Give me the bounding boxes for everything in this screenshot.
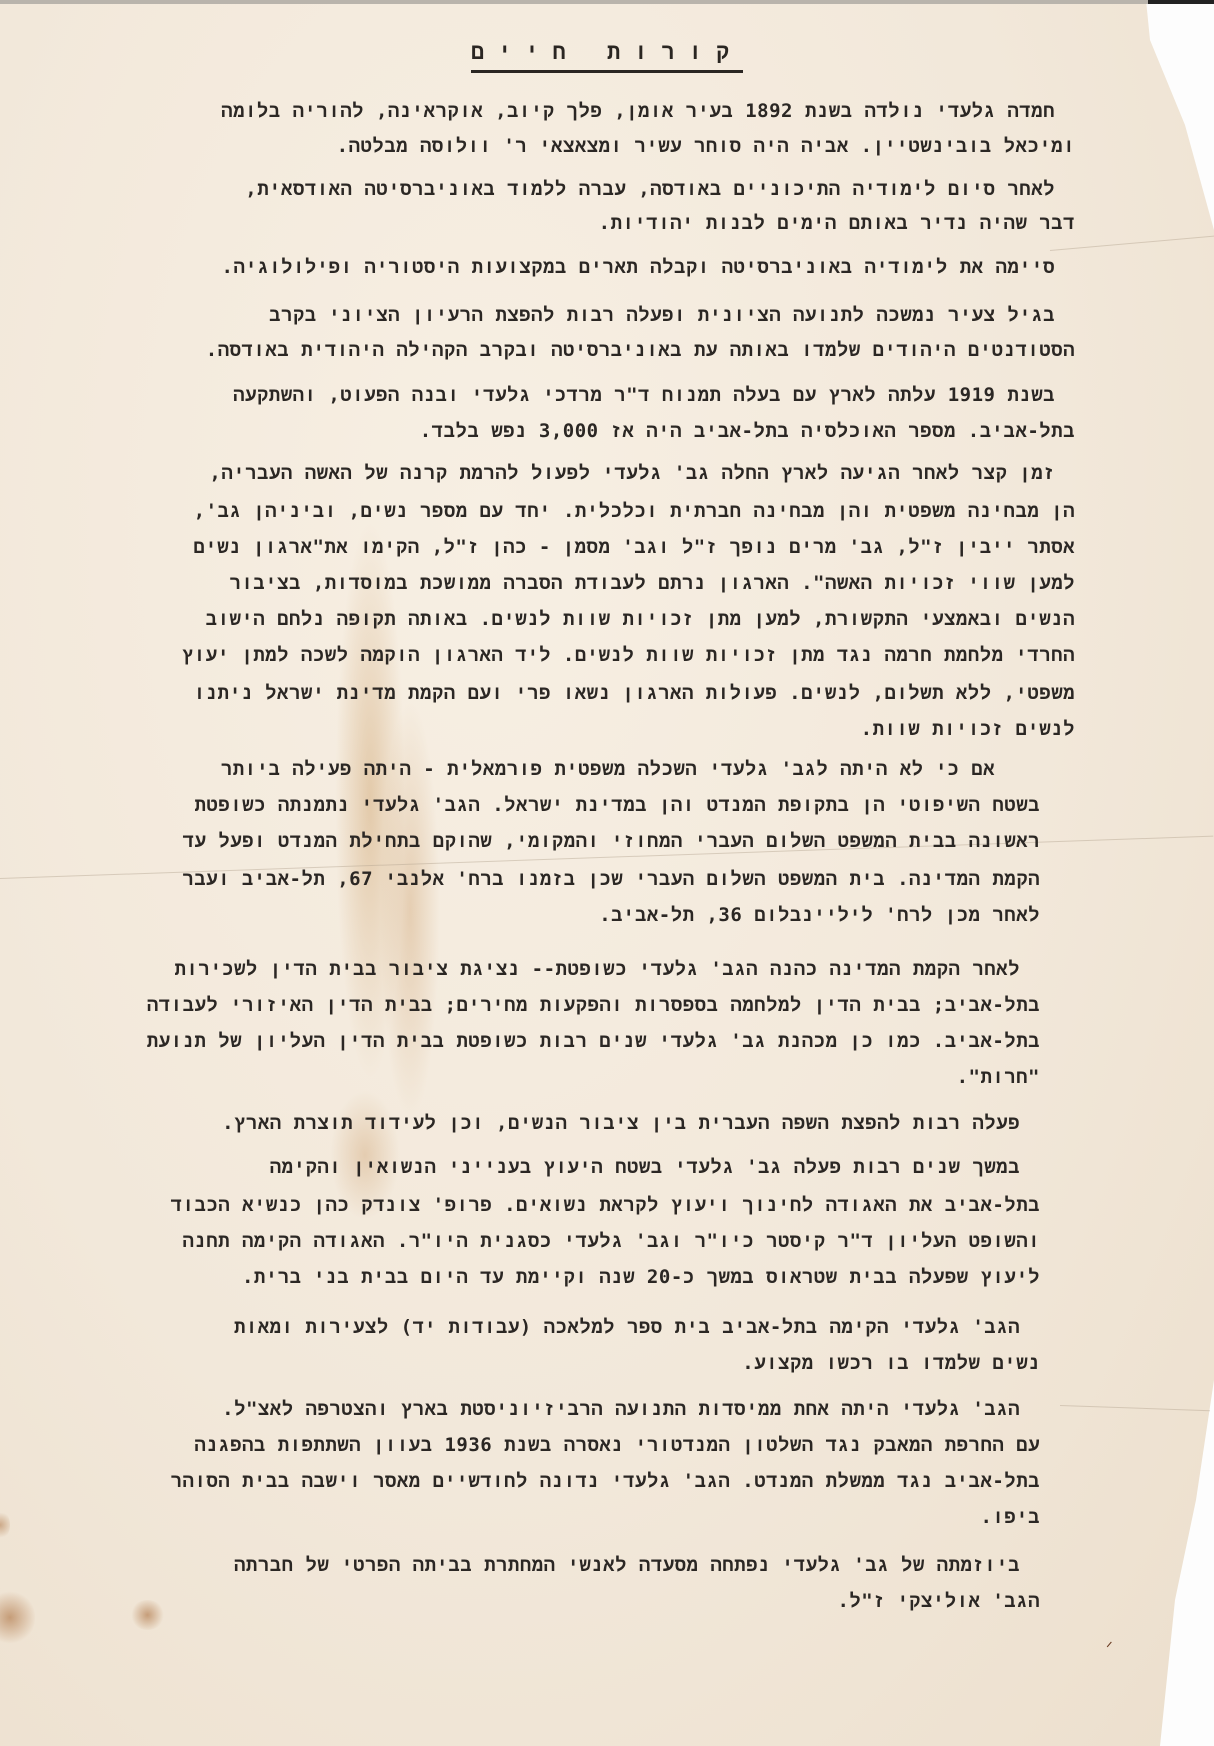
- paragraph-first-line: ביוזמתה של גב' גלעדי נפתחה מסעדה לאנשי ה…: [234, 1554, 1020, 1577]
- paragraph-first-line: זמן קצר לאחר הגיעה לארץ החלה גב' גלעדי ל…: [209, 462, 1055, 485]
- paragraph-line: הגב' אוליצקי ז"ל.: [837, 1590, 1040, 1613]
- paragraph-line: בתל-אביב. כמו כן מכהנת גב' גלעדי שנים רב…: [147, 1030, 1040, 1053]
- paragraph-line: הקמת המדינה. בית המשפט השלום העברי שכן ב…: [182, 868, 1040, 891]
- paragraph-line: דבר שהיה נדיר באותם הימים לבנות יהודיות.: [599, 212, 1075, 235]
- paragraph-line: עם החרפת המאבק נגד השלטון המנדטורי נאסרה…: [194, 1434, 1040, 1457]
- paragraph-first-line: בשנת 1919 עלתה לארץ עם בעלה תמנוח ד"ר מר…: [233, 384, 1055, 407]
- paragraph-line: "חרות".: [957, 1066, 1040, 1089]
- paragraph-line: והשופט העליון ד"ר קיסטר כיו"ר וגב' גלעדי…: [182, 1230, 1040, 1253]
- paragraph-line: לנשים זכויות שוות.: [861, 718, 1075, 741]
- paragraph-first-line: חמדה גלעדי נולדה בשנת 1892 בעיר אומן, פל…: [221, 100, 1055, 123]
- document-title: קורות חיים: [0, 40, 1214, 73]
- paragraph-first-line: אם כי לא היתה לגב' גלעדי השכלה משפטית פו…: [221, 758, 995, 781]
- paragraph-line: למען שווי זכויות האשה". הארגון נרתם לעבו…: [229, 572, 1075, 595]
- ink-mark: ᐟ: [1106, 1638, 1113, 1657]
- paragraph-line: ליעוץ שפעלה בבית שטראוס במשך כ-20 שנה וק…: [242, 1266, 1040, 1289]
- paragraph-line: הסטודנטים היהודים שלמדו באותה עת באוניבר…: [206, 339, 1075, 362]
- paragraph-first-line: סיימה את לימודיה באוניברסיטה וקבלה תארים…: [222, 256, 1055, 279]
- title-text: קורות חיים: [471, 40, 743, 73]
- paragraph-first-line: לאחר הקמת המדינה כהנה הגב' גלעדי כשופטת-…: [174, 958, 1020, 981]
- paragraph-line: משפטי, ללא תשלום, לנשים. פעולות הארגון נ…: [194, 682, 1075, 705]
- paragraph-line: בתל-אביב נגד ממשלת המנדט. הגב' גלעדי נדו…: [171, 1470, 1040, 1493]
- paragraph-line: נשים שלמדו בו רכשו מקצוע.: [742, 1352, 1040, 1375]
- paragraph-line: הן מבחינה משפטית והן מבחינה חברתית וכלכל…: [194, 500, 1075, 523]
- paragraph-first-line: בגיל צעיר נמשכה לתנועה הציונית ופעלה רבו…: [269, 304, 1055, 327]
- paragraph-line: ביפו.: [980, 1506, 1040, 1529]
- paragraph-first-line: פעלה רבות להפצת השפה העברית בין ציבור הנ…: [222, 1112, 1020, 1135]
- paragraph-first-line: הגב' גלעדי הקימה בתל-אביב בית ספר למלאכה…: [234, 1316, 1020, 1339]
- paragraph-line: ראשונה בבית המשפט השלום העברי המחוזי והמ…: [183, 830, 1040, 853]
- paragraph-line: בשטח השיפוטי הן בתקופת המנדט והן במדינת …: [194, 794, 1040, 817]
- paragraph-line: בתל-אביב את האגודה לחינוך ויעוץ לקראת נש…: [171, 1194, 1040, 1217]
- paragraph-first-line: במשך שנים רבות פעלה גב' גלעדי בשטח היעוץ…: [270, 1156, 1020, 1179]
- paragraph-line: הנשים ובאמצעי התקשורת, למען מתן זכויות ש…: [206, 608, 1075, 631]
- scan-edge-dark: [1148, 0, 1214, 4]
- paragraph-line: החרדי מלחמת חרמה נגד מתן זכויות שוות לנש…: [182, 644, 1075, 667]
- paragraph-line: אסתר ייבין ז"ל, גב' מרים נופך ז"ל וגב' מ…: [193, 536, 1075, 559]
- paragraph-line: בתל-אביב. מספר האוכלסיה בתל-אביב היה אז …: [420, 420, 1075, 443]
- paragraph-line: ומיכאל בובינשטיין. אביה היה סוחר עשיר ומ…: [337, 135, 1075, 158]
- paragraph-first-line: לאחר סיום לימודיה התיכוניים באודסה, עברה…: [245, 178, 1055, 201]
- scan-edge: [0, 0, 1148, 4]
- paragraph-line: בתל-אביב; בבית הדין למלחמה בספסרות והפקע…: [147, 994, 1040, 1017]
- paragraph-first-line: הגב' גלעדי היתה אחת ממיסדות התנועה הרביז…: [222, 1398, 1020, 1421]
- paragraph-line: לאחר מכן לרח' ליליינבלום 36, תל-אביב.: [599, 904, 1040, 927]
